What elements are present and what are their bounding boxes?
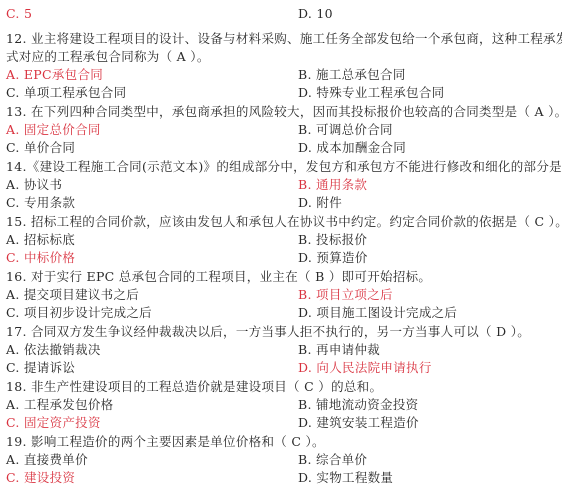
question-15-text: 15. 招标工程的合同价款，应该由发包人和承包人在协议书中约定。约定合同价款的依…: [6, 214, 562, 230]
q16-option-c: C. 项目初步设计完成之后: [6, 305, 152, 321]
option-c-prev: C. 5: [6, 6, 32, 22]
option-d-prev: D. 10: [298, 6, 333, 22]
q19-option-a: A. 直接费单价: [6, 452, 88, 468]
question-12-text: 12. 业主将建设工程项目的设计、设备与材料采购、施工任务全部发包给一个承包商，…: [6, 31, 562, 47]
q18-option-a: A. 工程承发包价格: [6, 397, 113, 413]
question-18-text: 18. 非生产性建设项目的工程总造价就是建设项目（ C ）的总和。: [6, 379, 382, 395]
q18-option-d: D. 建筑安装工程造价: [298, 415, 419, 431]
q13-option-b: B. 可调总价合同: [298, 122, 393, 138]
q17-option-a: A. 依法撤销裁决: [6, 342, 101, 358]
q14-option-a: A. 协议书: [6, 177, 62, 193]
q13-option-c: C. 单价合同: [6, 140, 75, 156]
question-16-text: 16. 对于实行 EPC 总承包合同的工程项目，业主在（ B ）即可开始招标。: [6, 269, 431, 285]
question-13-text: 13. 在下列四种合同类型中，承包商承担的风险较大，因而其投标报价也较高的合同类…: [6, 104, 562, 120]
q19-option-c: C. 建设投资: [6, 470, 75, 486]
q12-option-a: A. EPC承包合同: [6, 67, 103, 83]
q15-option-b: B. 投标报价: [298, 232, 367, 248]
q19-option-b: B. 综合单价: [298, 452, 367, 468]
q18-option-c: C. 固定资产投资: [6, 415, 101, 431]
q16-option-d: D. 项目施工图设计完成之后: [298, 305, 457, 321]
question-14-text: 14.《建设工程施工合同(示范文本)》的组成部分中，发包方和承包方不能进行修改和…: [6, 159, 562, 175]
q12-option-d: D. 特殊专业工程承包合同: [298, 85, 444, 101]
q17-option-d: D. 向人民法院申请执行: [298, 360, 432, 376]
q14-option-c: C. 专用条款: [6, 195, 75, 211]
q17-option-b: B. 再申请仲裁: [298, 342, 380, 358]
q18-option-b: B. 铺地流动资金投资: [298, 397, 418, 413]
q13-option-d: D. 成本加酬金合同: [298, 140, 406, 156]
q12-option-c: C. 单项工程承包合同: [6, 85, 126, 101]
q16-option-a: A. 提交项目建议书之后: [6, 287, 139, 303]
q12-option-b: B. 施工总承包合同: [298, 67, 406, 83]
q15-option-a: A. 招标标底: [6, 232, 75, 248]
question-17-text: 17. 合同双方发生争议经仲裁裁决以后，一方当事人拒不执行的，另一方当事人可以（…: [6, 324, 530, 340]
q14-option-d: D. 附件: [298, 195, 342, 211]
q14-option-b: B. 通用条款: [298, 177, 367, 193]
q15-option-d: D. 预算造价: [298, 250, 368, 266]
q13-option-a: A. 固定总价合同: [6, 122, 101, 138]
q15-option-c: C. 中标价格: [6, 250, 75, 266]
question-12-text-cont: 式对应的工程承包合同称为（ A ）。: [6, 49, 210, 65]
q16-option-b: B. 项目立项之后: [298, 287, 393, 303]
q17-option-c: C. 提请诉讼: [6, 360, 75, 376]
question-19-text: 19. 影响工程造价的两个主要因素是单位价格和（ C ）。: [6, 434, 325, 450]
q19-option-d: D. 实物工程数量: [298, 470, 393, 486]
